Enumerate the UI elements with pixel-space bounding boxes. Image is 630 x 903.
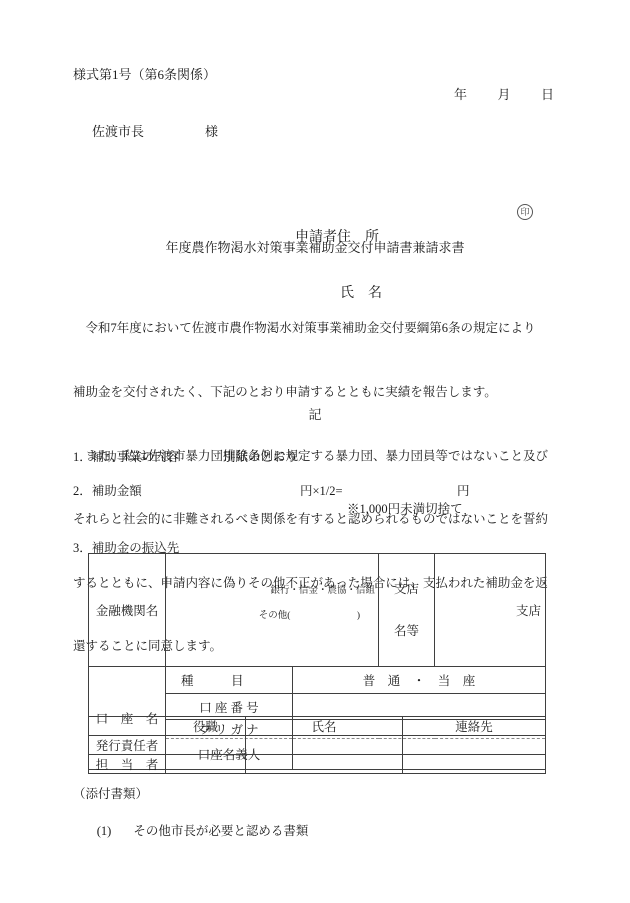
staff-name-field [246, 755, 403, 774]
document-page: 様式第1号（第6条関係） 年 月 日 佐渡市長様 申請者住 所 氏 名 印 年度… [0, 0, 630, 903]
body-line: 補助金を交付されたく、下記のとおり申請するとともに実績を報告します。 [73, 382, 563, 403]
addressee-line: 佐渡市長様 [92, 121, 218, 140]
header-position: 役職 [166, 717, 246, 736]
item-2-line: 2．補助金額 円×1/2= 円 [73, 481, 563, 499]
contact-table: 役職 氏名 連絡先 発行責任者 担 当 者 [88, 716, 546, 774]
item-1-label: 1．補助事業の内容 [73, 450, 179, 464]
institution-types-line2: その他( ) [166, 610, 375, 623]
issuer-contact-field [403, 736, 546, 755]
header-contact: 連絡先 [403, 717, 546, 736]
account-type-label: 種 目 [166, 667, 293, 694]
issuer-label: 発行責任者 [89, 736, 166, 755]
attachments-header: （添付書類） [73, 784, 148, 802]
staff-contact-field [403, 755, 546, 774]
issuer-name-field [246, 736, 403, 755]
ki-marker: 記 [0, 404, 630, 423]
item-1-line: 1．補助事業の内容 別紙のとおり [73, 447, 563, 465]
account-type-value: 普 通 ・ 当 座 [293, 667, 546, 694]
inkan-seal-icon: 印 [517, 204, 533, 220]
addressee-name: 佐渡市長 [92, 124, 144, 139]
issuer-position-field [166, 736, 246, 755]
item-2-label: 2．補助金額 [73, 484, 142, 498]
document-title: 年度農作物渇水対策事業補助金交付申請書兼請求書 [0, 237, 630, 256]
form-number: 様式第1号（第6条関係） [73, 64, 216, 83]
attachment-item-number: (1) [97, 824, 112, 838]
item-2-formula: 円×1/2= [300, 481, 343, 499]
financial-institution-label: 金融機関名 [89, 554, 166, 667]
item-2-unit: 円 [457, 481, 470, 499]
staff-position-field [166, 755, 246, 774]
date-line: 年 月 日 [454, 84, 556, 103]
body-line: 令和7年度において佐渡市農作物渇水対策事業補助金交付要綱第6条の規定により [73, 318, 563, 339]
institution-types-line1: 銀行・信金・農協・信組 [271, 586, 376, 596]
attachment-item: (1)その他市長が必要と認める書類 [78, 806, 308, 854]
branch-name-label: 支店 名等 [379, 554, 435, 667]
attachments-section: （添付書類） (1)その他市長が必要と認める書類 [73, 784, 148, 802]
staff-label: 担 当 者 [89, 755, 166, 774]
contact-corner-cell [89, 717, 166, 736]
branch-suffix-cell: 支店 [435, 554, 546, 667]
addressee-honorific: 様 [205, 124, 218, 139]
header-name: 氏名 [246, 717, 403, 736]
body-line: それらと社会的に非難されるべき関係を有すると認められるものではないことを誓約 [73, 509, 563, 530]
institution-type-cell: 銀行・信金・農協・信組 その他( ) [166, 554, 379, 667]
item-1-value: 別紙のとおり [223, 447, 298, 465]
attachment-item-text: その他市長が必要と認める書類 [133, 824, 308, 838]
rounding-note: ※1,000円未満切捨て [347, 499, 463, 517]
